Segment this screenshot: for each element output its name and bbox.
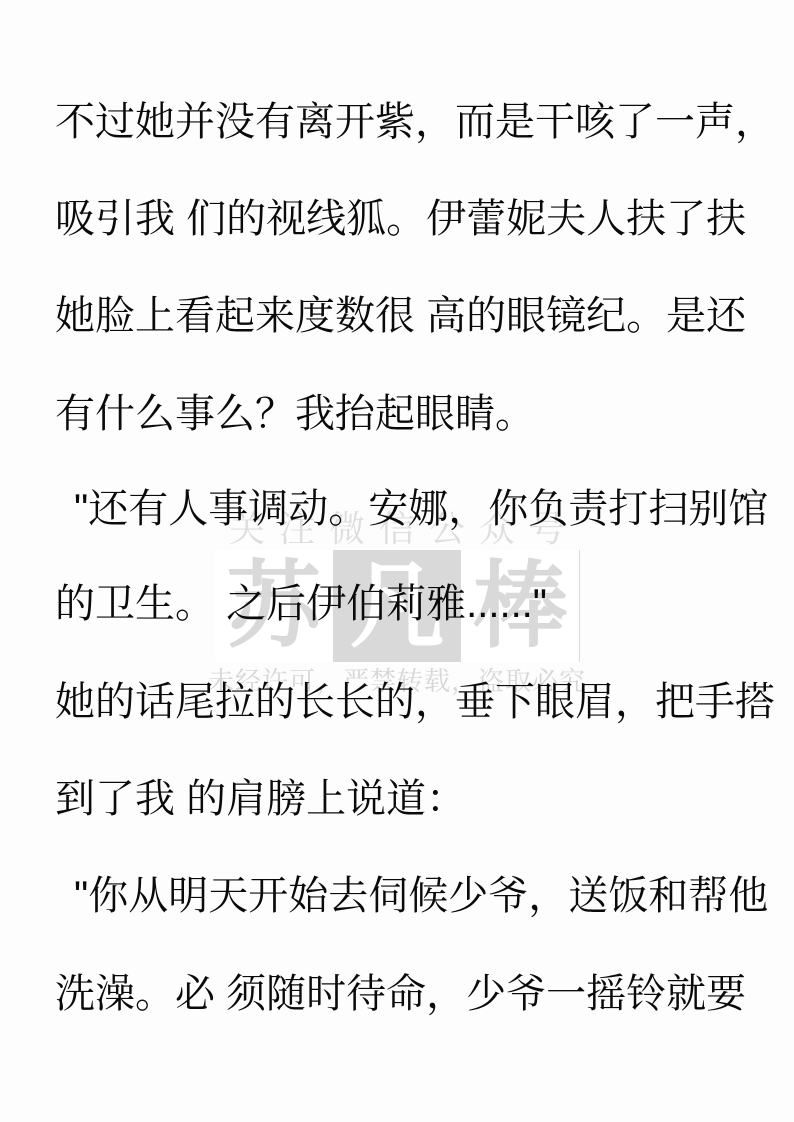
text-line: 她的话尾拉的长长的，垂下眼眉，把手搭: [55, 680, 775, 725]
text-line: 她脸上看起来度数很 高的眼镜纪。是还: [55, 294, 746, 339]
text-line: 有什么事么？我抬起眼睛。: [55, 392, 535, 437]
text-line-dialog-start: "你从明天开始去伺候少爷，送饭和帮他: [74, 874, 768, 919]
text-line: 的卫生。 之后伊伯莉雅......": [55, 582, 547, 627]
text-line: 到了我 的肩膀上说道：: [55, 777, 466, 822]
text-line: 洗澡。必 须随时待命，少爷一摇铃就要: [55, 972, 746, 1017]
page-text: 不过她并没有离开紫，而是干咳了一声， 吸引我 们的视线狐。伊蕾妮夫人扶了扶 她脸…: [0, 0, 794, 1122]
novel-page: 关注微信公众号 苏 凡 棒 未经许可，严禁转载，盗取必究 不过她并没有离开紫，而…: [0, 0, 794, 1122]
text-line: 不过她并没有离开紫，而是干咳了一声，: [55, 100, 775, 145]
text-line-dialog-start: "还有人事调动。安娜，你负责打扫别馆: [74, 487, 768, 532]
text-line: 吸引我 们的视线狐。伊蕾妮夫人扶了扶: [55, 197, 746, 242]
